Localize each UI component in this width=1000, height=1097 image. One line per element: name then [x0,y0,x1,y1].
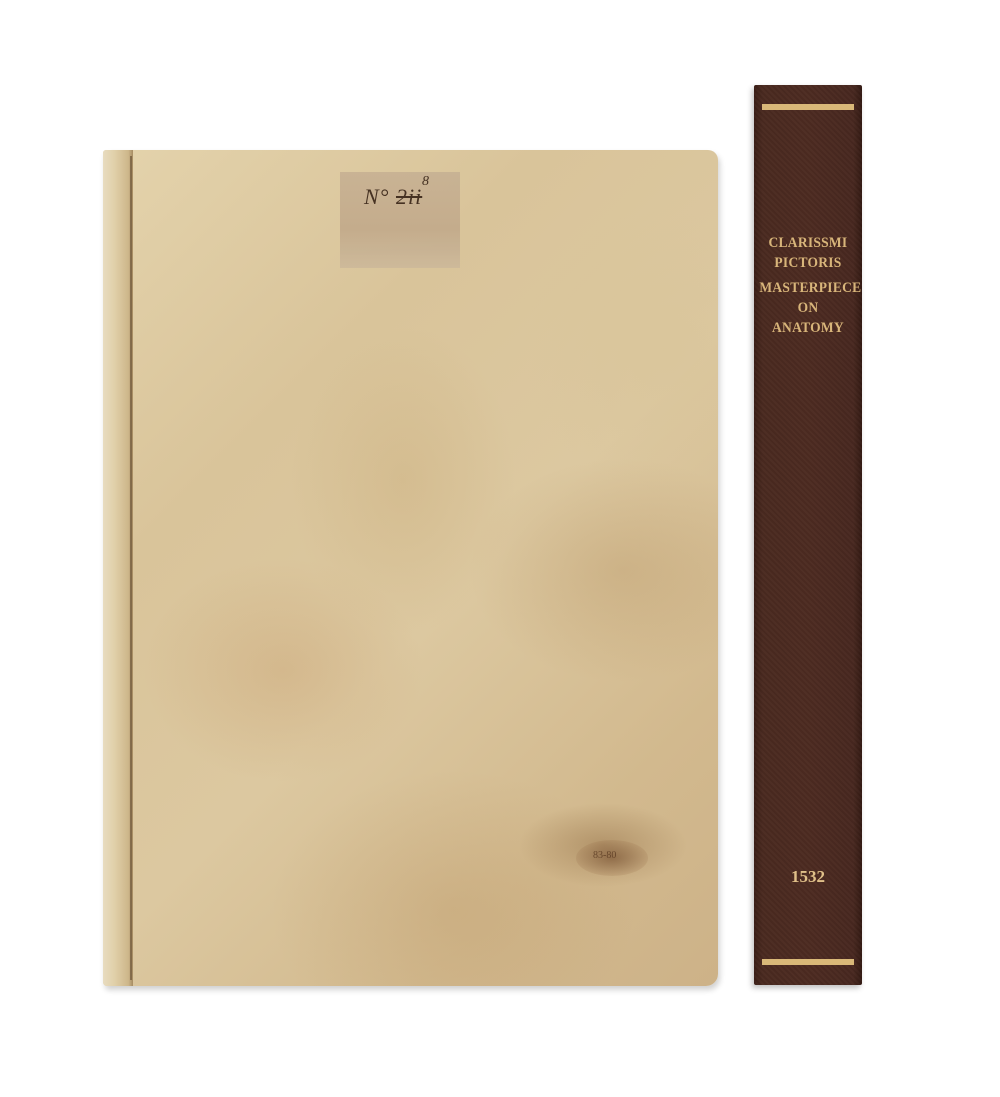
gilt-band-bottom [762,959,854,965]
spine-fold-line [130,156,132,980]
spine-year: 1532 [754,867,862,887]
stain-inscription: 83-80 [593,850,616,861]
vellum-book-spine [103,150,133,986]
spine-title: CLARISSMI PICTORIS MASTERPIECE ON ANATOM… [759,233,856,338]
leather-spine: CLARISSMI PICTORIS MASTERPIECE ON ANATOM… [754,85,862,985]
label-prefix: N° [364,184,389,209]
spine-title-line: CLARISSMI [759,233,856,253]
gilt-band-top [762,104,854,110]
spine-title-line: ANATOMY [759,318,856,338]
label-struck-number: 2ii [396,184,422,209]
spine-title-line: MASTERPIECE [759,278,856,298]
label-number: N° 2ii [364,184,422,210]
label-correction: 8 [422,174,429,190]
shelf-label: 8 N° 2ii [340,172,460,268]
vellum-book: 83-80 [103,150,718,986]
spine-title-line: ON [759,298,856,318]
spine-title-line: PICTORIS [759,253,856,273]
